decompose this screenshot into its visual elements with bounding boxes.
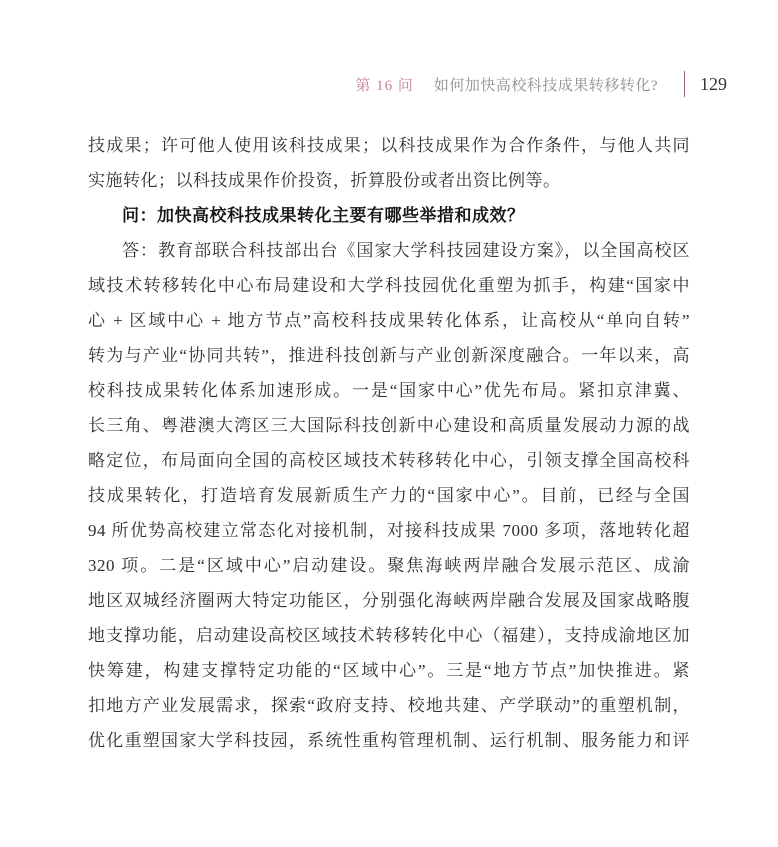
text-line: 地支撑功能，启动建设高校区域技术转移转化中心（福建），支持成渝地区加 xyxy=(88,618,690,653)
chapter-question-number: 第 16 问 xyxy=(355,74,414,95)
page-body: 技成果；许可他人使用该科技成果；以科技成果作为合作条件，与他人共同 实施转化；以… xyxy=(88,128,690,758)
header-divider xyxy=(684,71,685,97)
text-line: 长三角、粤港澳大湾区三大国际科技创新中心建设和高质量发展动力源的战 xyxy=(88,408,690,443)
text-line: 技成果转化，打造培育发展新质生产力的“国家中心”。目前，已经与全国 xyxy=(88,478,690,513)
page-number: 129 xyxy=(700,74,727,95)
book-page: 第 16 问 如何加快高校科技成果转移转化? 129 技成果；许可他人使用该科技… xyxy=(0,0,778,847)
text-line: 320 项。二是“区域中心”启动建设。聚焦海峡两岸融合发展示范区、成渝 xyxy=(88,548,690,583)
text-line: 心 + 区域中心 + 地方节点”高校科技成果转化体系，让高校从“单向自转” xyxy=(88,303,690,338)
text-line: 优化重塑国家大学科技园，系统性重构管理机制、运行机制、服务能力和评 xyxy=(88,723,690,758)
chapter-title: 如何加快高校科技成果转移转化? xyxy=(434,74,658,95)
question-heading: 问：加快高校科技成果转化主要有哪些举措和成效？ xyxy=(88,198,690,233)
text-line: 域技术转移转化中心布局建设和大学科技园优化重塑为抓手，构建“国家中 xyxy=(88,268,690,303)
running-header: 第 16 问 如何加快高校科技成果转移转化? 129 xyxy=(355,70,727,98)
text-line: 扣地方产业发展需求，探索“政府支持、校地共建、产学联动”的重塑机制， xyxy=(88,688,690,723)
text-line: 校科技成果转化体系加速形成。一是“国家中心”优先布局。紧扣京津冀、 xyxy=(88,373,690,408)
text-line: 实施转化；以科技成果作价投资，折算股份或者出资比例等。 xyxy=(88,163,690,198)
text-line: 地区双城经济圈两大特定功能区，分别强化海峡两岸融合发展及国家战略腹 xyxy=(88,583,690,618)
text-line: 转为与产业“协同共转”，推进科技创新与产业创新深度融合。一年以来，高 xyxy=(88,338,690,373)
text-line: 快筹建，构建支撑特定功能的“区域中心”。三是“地方节点”加快推进。紧 xyxy=(88,653,690,688)
text-line: 略定位，布局面向全国的高校区域技术转移转化中心，引领支撑全国高校科 xyxy=(88,443,690,478)
text-line: 技成果；许可他人使用该科技成果；以科技成果作为合作条件，与他人共同 xyxy=(88,128,690,163)
text-line: 94 所优势高校建立常态化对接机制，对接科技成果 7000 多项，落地转化超 xyxy=(88,513,690,548)
text-line: 答：教育部联合科技部出台《国家大学科技园建设方案》，以全国高校区 xyxy=(88,233,690,268)
